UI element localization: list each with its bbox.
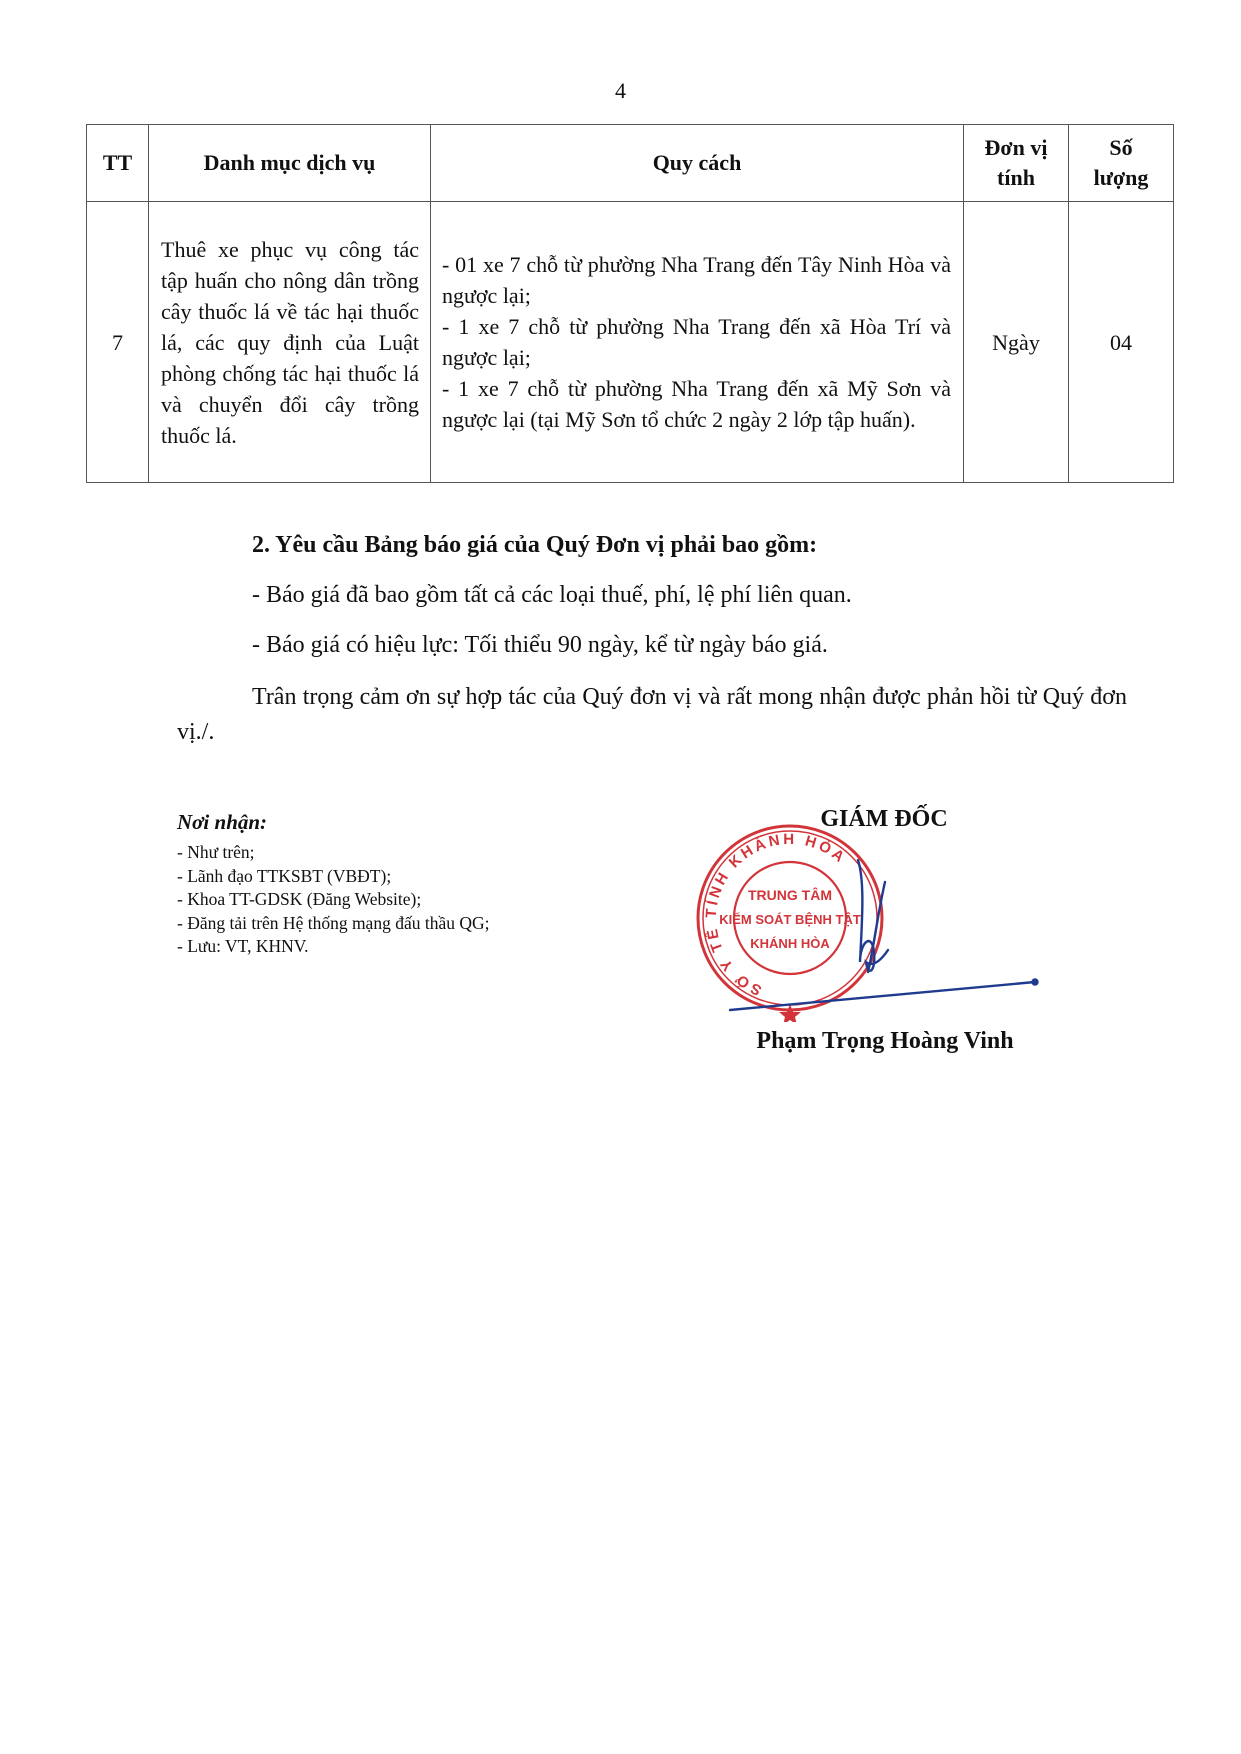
recipient-item: - Lãnh đạo TTKSBT (VBĐT);: [177, 865, 490, 889]
cell-spec: - 01 xe 7 chỗ từ phường Nha Trang đến Tâ…: [431, 202, 964, 483]
cell-service-name: Thuê xe phục vụ công tác tập huấn cho nô…: [149, 202, 431, 483]
requirement-bullet-1: - Báo giá đã bao gồm tất cả các loại thu…: [252, 582, 852, 609]
spec-line-3: - 1 xe 7 chỗ từ phường Nha Trang đến xã …: [431, 373, 963, 435]
header-service-name: Danh mục dịch vụ: [149, 125, 431, 202]
header-unit-line2: tính: [997, 165, 1035, 190]
recipient-item: - Khoa TT-GDSK (Đăng Website);: [177, 888, 490, 912]
recipient-item: - Như trên;: [177, 841, 490, 865]
recipients-list: - Như trên; - Lãnh đạo TTKSBT (VBĐT); - …: [177, 841, 490, 959]
service-table: TT Danh mục dịch vụ Quy cách Đơn vị tính…: [86, 124, 1174, 483]
header-unit: Đơn vị tính: [964, 125, 1069, 202]
header-tt: TT: [87, 125, 149, 202]
recipient-item: - Đăng tải trên Hệ thống mạng đấu thầu Q…: [177, 912, 490, 936]
page-number: 4: [0, 78, 1241, 104]
header-unit-line1: Đơn vị: [985, 135, 1048, 160]
service-name-text: Thuê xe phục vụ công tác tập huấn cho nô…: [149, 234, 430, 451]
cell-unit: Ngày: [964, 202, 1069, 483]
header-quantity: Số lượng: [1069, 125, 1174, 202]
header-qty-line2: lượng: [1094, 165, 1149, 190]
stamp-center-line2: KIỂM SOÁT BỆNH TẬT: [719, 912, 861, 927]
star-icon: [779, 1004, 801, 1022]
closing-paragraph: Trân trọng cảm ơn sự hợp tác của Quý đơn…: [177, 680, 1127, 750]
cell-tt: 7: [87, 202, 149, 483]
signer-name: Phạm Trọng Hoàng Vinh: [700, 1028, 1070, 1055]
stamp-center-line3: KHÁNH HÒA: [750, 936, 830, 951]
recipient-item: - Lưu: VT, KHNV.: [177, 935, 490, 959]
section-heading: 2. Yêu cầu Bảng báo giá của Quý Đơn vị p…: [252, 532, 817, 559]
recipients-title: Nơi nhận:: [177, 810, 267, 835]
spec-line-1: - 01 xe 7 chỗ từ phường Nha Trang đến Tâ…: [431, 249, 963, 311]
table-row: 7 Thuê xe phục vụ công tác tập huấn cho …: [87, 202, 1174, 483]
stamp-center-line1: TRUNG TÂM: [748, 886, 832, 903]
cell-quantity: 04: [1069, 202, 1174, 483]
table-header-row: TT Danh mục dịch vụ Quy cách Đơn vị tính…: [87, 125, 1174, 202]
handwritten-signature: [730, 860, 1038, 1010]
official-stamp-and-signature: SỞ Y TẾ TỈNH KHÁNH HÒA TRUNG TÂM KIỂM SO…: [690, 822, 1070, 1022]
header-spec: Quy cách: [431, 125, 964, 202]
header-qty-line1: Số: [1109, 135, 1132, 160]
spec-line-2: - 1 xe 7 chỗ từ phường Nha Trang đến xã …: [431, 311, 963, 373]
requirement-bullet-2: - Báo giá có hiệu lực: Tối thiểu 90 ngày…: [252, 632, 828, 659]
